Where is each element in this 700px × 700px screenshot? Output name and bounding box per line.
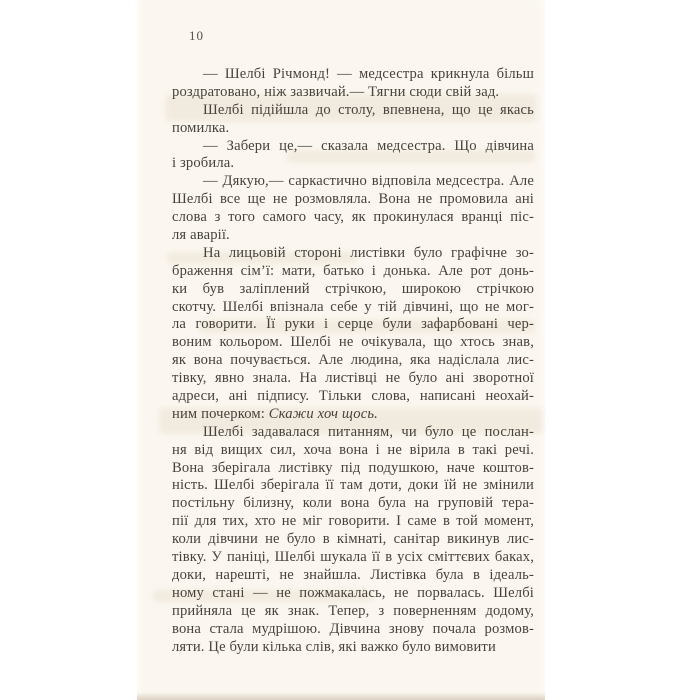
text-line: — Дякую,— саркастично відповіла медсестр… [172, 173, 534, 191]
text-line: Шелбі задавалася питанням, чи було це по… [172, 424, 534, 442]
text-line: і зробила. [172, 155, 534, 173]
text-line: роздратовано, ніж зазвичай.— Тягни сюди … [172, 84, 534, 102]
text-line: Вона зберігала листівку під подушкою, на… [172, 460, 534, 478]
text-line: постільну білизну, коли вона була на гру… [172, 495, 534, 513]
book-page: 10 — Шелбі Річмонд! — медсестра крикнула… [137, 0, 545, 700]
text-line: ним почерком: Скажи хоч щось. [172, 406, 534, 424]
text-line: — Забери це,— сказала медсестра. Що дівч… [172, 138, 534, 156]
text-line: вона стала мудрішою. Дівчина знову почал… [172, 621, 534, 639]
text-line: воним кольором. Шелбі не очікувала, що х… [172, 334, 534, 352]
page-number: 10 [189, 28, 204, 44]
text-line: ляти. Це були кілька слів, які важко бул… [172, 639, 534, 657]
text-line: адреси, ані підпису. Тільки слова, напис… [172, 388, 534, 406]
text-line: скотчу. Шелбі впізнала себе у тій дівчин… [172, 299, 534, 317]
paragraph: На лицьовій стороні листівки було графіч… [172, 245, 534, 424]
text-line: Шелбі підійшла до столу, впевнена, що це… [172, 102, 534, 120]
text-line: слова з того самого часу, як прокинулася… [172, 209, 534, 227]
paragraph: — Шелбі Річмонд! — медсестра крикнула бі… [172, 66, 534, 102]
text-line: коли дівчини не було в кімнаті, санітар … [172, 531, 534, 549]
text-line: — Шелбі Річмонд! — медсестра крикнула бі… [172, 66, 534, 84]
text-line: ному стані — не пожмакалась, не порвалас… [172, 585, 534, 603]
paragraph: — Забери це,— сказала медсестра. Що дівч… [172, 138, 534, 174]
text-line: доки, нарешті, не знайшла. Листівка була… [172, 567, 534, 585]
text-line: ля аварії. [172, 227, 534, 245]
text-line: як вона почувається. Але людина, яка над… [172, 352, 534, 370]
text-line: Шелбі все ще не розмовляла. Вона не пром… [172, 191, 534, 209]
text-line: тівку. У паніці, Шелбі шукала її в усіх … [172, 549, 534, 567]
paragraph: — Дякую,— саркастично відповіла медсестр… [172, 173, 534, 245]
text-line: ки був заліплений стрічкою, широкою стрі… [172, 281, 534, 299]
text-line: пії для тих, хто не міг говорити. І саме… [172, 513, 534, 531]
text-line: ність. Шелбі зберігала її там доти, доки… [172, 477, 534, 495]
text-line: помилка. [172, 120, 534, 138]
text-block: — Шелбі Річмонд! — медсестра крикнула бі… [172, 66, 534, 656]
text-line: ня від вищих сил, хоча вона і не вірила … [172, 442, 534, 460]
paragraph: Шелбі підійшла до столу, впевнена, що це… [172, 102, 534, 138]
text-line: ла говорити. Її руки і серце були зафарб… [172, 316, 534, 334]
text-line: На лицьовій стороні листівки було графіч… [172, 245, 534, 263]
paragraph: Шелбі задавалася питанням, чи було це по… [172, 424, 534, 657]
text-line: прийняла це як знак. Тепер, з повернення… [172, 603, 534, 621]
text-line: тівку, явно знала. На листівці не було а… [172, 370, 534, 388]
text-line: браження сім’ї: мати, батько і донька. А… [172, 263, 534, 281]
